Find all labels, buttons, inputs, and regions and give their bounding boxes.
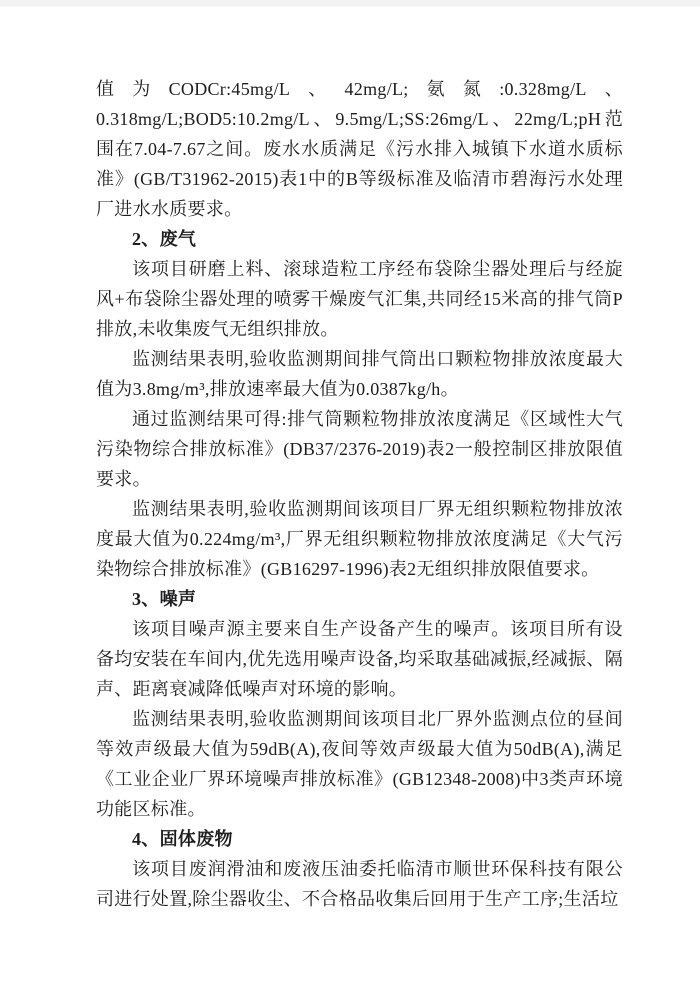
paragraph-stack-outlet-results: 监测结果表明,验收监测期间排气筒出口颗粒物排放浓度最大值为3.8mg/m³,排放…: [96, 344, 623, 404]
paragraph-waste-gas-process: 该项目研磨上料、滚球造粒工序经布袋除尘器处理后与经旋风+布袋除尘器处理的喷雾干燥…: [96, 254, 623, 344]
paragraph-stack-standard-compliance: 通过监测结果可得:排气筒颗粒物排放浓度满足《区域性大气污染物综合排放标准》(DB…: [96, 404, 623, 494]
paragraph-noise-sources: 该项目噪声源主要来自生产设备产生的噪声。该项目所有设备均安装在车间内,优先选用噪…: [96, 614, 623, 704]
paragraph-noise-monitoring-results: 监测结果表明,验收监测期间该项目北厂界外监测点位的昼间等效声级最大值为59dB(…: [96, 704, 623, 824]
paragraph-solid-waste-disposal: 该项目废润滑油和废液压油委托临清市顺世环保科技有限公司进行处置,除尘器收尘、不合…: [96, 854, 623, 914]
page-top-border: [0, 0, 700, 7]
paragraph-wastewater-monitoring-results: 值为CODCr:45mg/L、42mg/L;氨氮:0.328mg/L、0.318…: [96, 74, 623, 224]
heading-solid-waste: 4、固体废物: [96, 824, 623, 854]
paragraph-fugitive-emission-results: 监测结果表明,验收监测期间该项目厂界无组织颗粒物排放浓度最大值为0.224mg/…: [96, 494, 623, 584]
heading-waste-gas: 2、废气: [96, 224, 623, 254]
heading-noise: 3、噪声: [96, 584, 623, 614]
document-page: 值为CODCr:45mg/L、42mg/L;氨氮:0.328mg/L、0.318…: [96, 74, 623, 914]
